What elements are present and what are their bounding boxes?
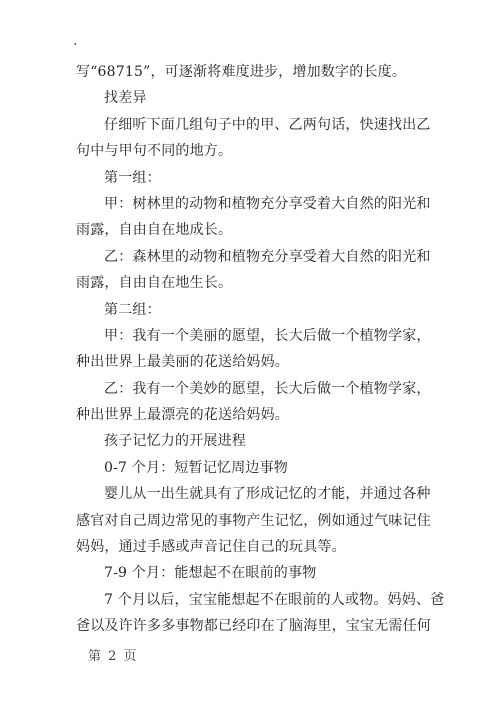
text-line: 写“68715”，可逐渐将难度进步，增加数字的长度。: [76, 59, 432, 85]
text-line: 句中与甲句不同的地方。: [76, 138, 432, 164]
text-line: 妈妈，通过手感或声音记住自己的玩具等。: [76, 534, 432, 560]
document-page: . 写“68715”，可逐渐将难度进步，增加数字的长度。找差异仔细听下面几组句子…: [0, 0, 500, 708]
text-line: 种出世界上最美丽的花送给妈妈。: [76, 349, 432, 375]
text-line: 7 个月以后，宝宝能想起不在眼前的人或物。妈妈、爸: [76, 587, 432, 613]
text-line: 爸以及许许多多事物都已经印在了脑海里，宝宝无需任何: [76, 613, 432, 639]
text-line: 婴儿从一出生就具有了形成记忆的才能，并通过各种: [76, 481, 432, 507]
text-line: 种出世界上最漂亮的花送给妈妈。: [76, 402, 432, 428]
stray-dot-mark: .: [73, 33, 77, 49]
document-body: 写“68715”，可逐渐将难度进步，增加数字的长度。找差异仔细听下面几组句子中的…: [76, 59, 432, 640]
page-number-footer: 第 2 页: [88, 648, 138, 666]
text-line: 第一组：: [76, 165, 432, 191]
text-line: 第二组：: [76, 297, 432, 323]
text-line: 甲：树林里的动物和植物充分享受着大自然的阳光和: [76, 191, 432, 217]
text-line: 仔细听下面几组句子中的甲、乙两句话，快速找出乙: [76, 112, 432, 138]
text-line: 感官对自己周边常见的事物产生记忆，例如通过气味记住: [76, 508, 432, 534]
text-line: 雨露，自由自在地成长。: [76, 217, 432, 243]
text-line: 乙：我有一个美妙的愿望，长大后做一个植物学家，: [76, 376, 432, 402]
text-line: 孩子记忆力的开展进程: [76, 428, 432, 454]
text-line: 甲：我有一个美丽的愿望，长大后做一个植物学家，: [76, 323, 432, 349]
text-line: 找差异: [76, 85, 432, 111]
text-line: 雨露，自由自在地生长。: [76, 270, 432, 296]
text-line: 0-7 个月：短暂记忆周边事物: [76, 455, 432, 481]
text-line: 乙：森林里的动物和植物充分享受着大自然的阳光和: [76, 244, 432, 270]
text-line: 7-9 个月：能想起不在眼前的事物: [76, 560, 432, 586]
